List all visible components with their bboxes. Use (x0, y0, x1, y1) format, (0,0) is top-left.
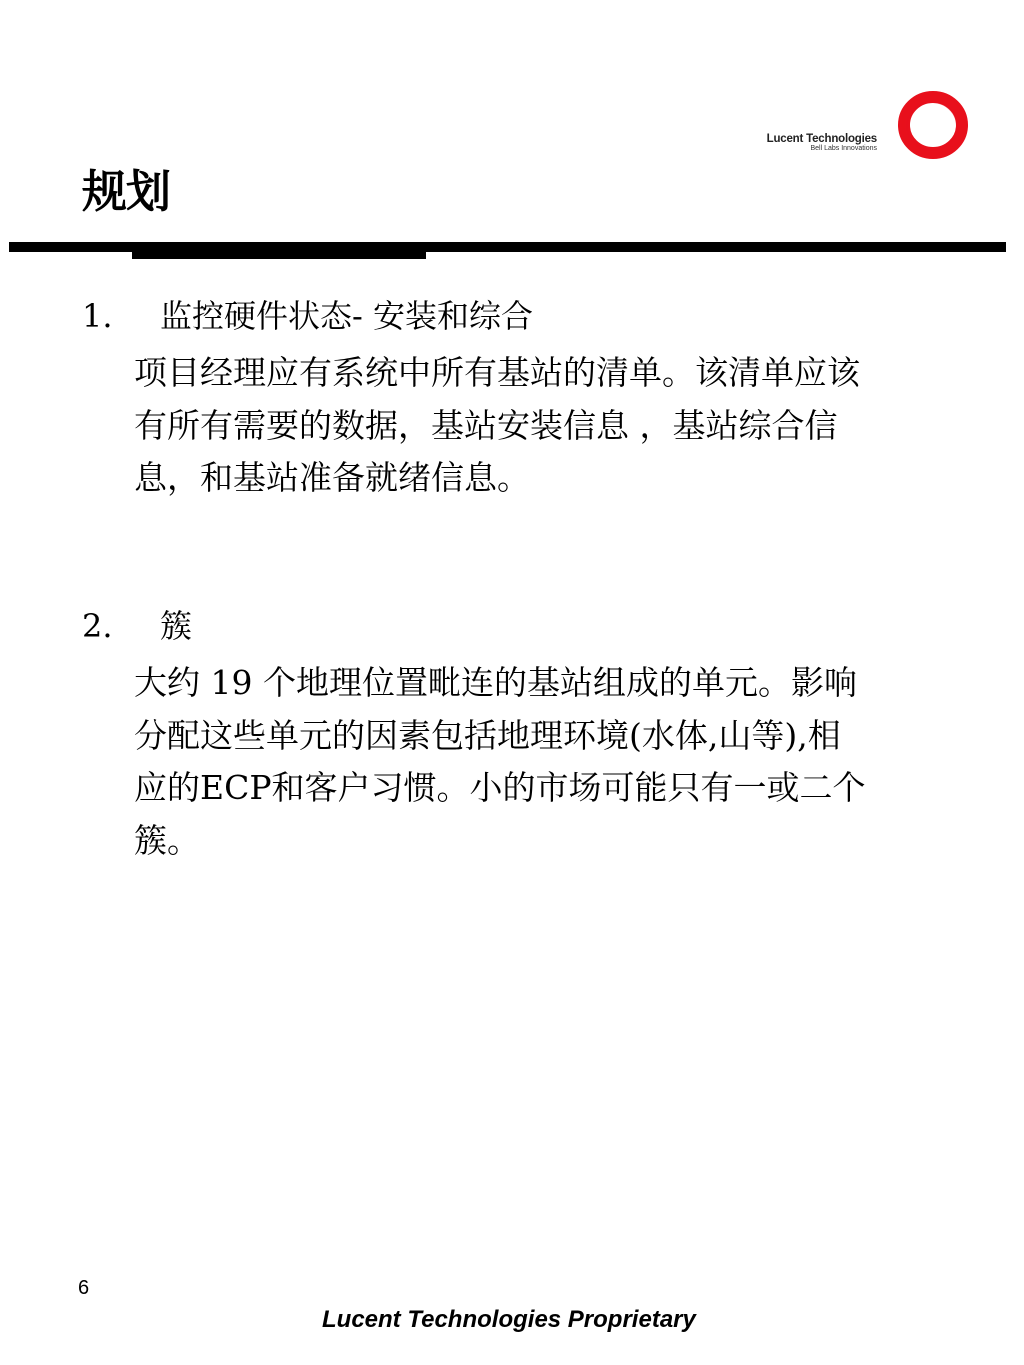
section-heading-text: 监控硬件状态- 安装和综合 (160, 297, 533, 335)
body-line: 大约 19 个地理位置毗连的基站组成的单元。影响 (134, 657, 984, 710)
logo-tagline: Bell Labs Innovations (755, 145, 877, 152)
section-body: 项目经理应有系统中所有基站的清单。该清单应该 有所有需要的数据，基站安装信息 ，… (134, 347, 984, 505)
section-body: 大约 19 个地理位置毗连的基站组成的单元。影响 分配这些单元的因素包括地理环境… (134, 657, 984, 867)
slide-title: 规划 (82, 164, 170, 220)
logo-wordmark: Lucent Technologies Bell Labs Innovation… (755, 133, 877, 152)
section-heading: 1.监控硬件状态- 安装和综合 (82, 294, 533, 338)
section-heading-text: 簇 (160, 607, 192, 645)
lucent-ring-icon (896, 88, 970, 162)
body-line: 簇。 (134, 815, 984, 868)
section-number: 1. (82, 294, 160, 338)
body-line: 息，和基站准备就绪信息。 (134, 452, 984, 505)
section-heading: 2.簇 (82, 604, 192, 648)
page-number: 6 (78, 1277, 89, 1300)
logo-company-name: Lucent Technologies (755, 133, 877, 145)
body-line: 有所有需要的数据，基站安装信息 ，基站综合信 (134, 400, 984, 453)
title-divider (9, 242, 1006, 252)
title-divider-accent (132, 252, 426, 259)
footer-proprietary-notice: Lucent Technologies Proprietary (322, 1306, 696, 1334)
body-line: 项目经理应有系统中所有基站的清单。该清单应该 (134, 347, 984, 400)
body-line: 分配这些单元的因素包括地理环境(水体,山等),相 (134, 710, 984, 763)
body-line: 应的ECP和客户习惯。小的市场可能只有一或二个 (134, 762, 984, 815)
section-number: 2. (82, 604, 160, 648)
